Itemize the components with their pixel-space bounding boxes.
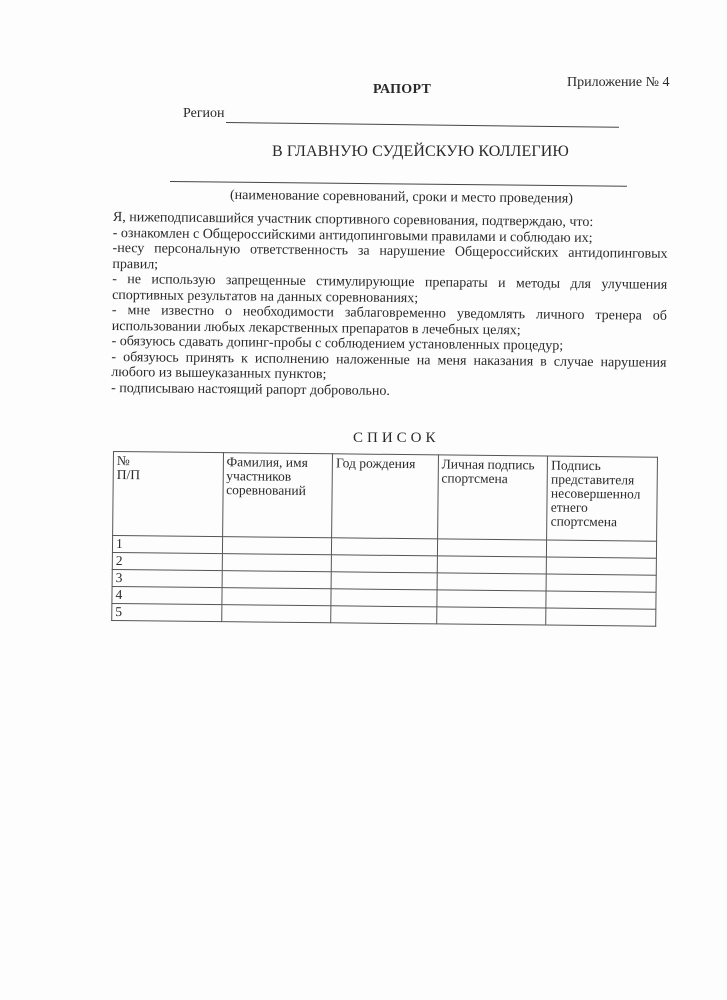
column-header-name: Фамилия, имя участников соревнований: [222, 453, 332, 538]
column-header-birth-year: Год рождения: [332, 454, 438, 539]
column-header-number: № П/П: [113, 452, 223, 537]
row-number: 4: [112, 586, 222, 604]
row-number: 2: [112, 552, 222, 570]
table-header-row: № П/П Фамилия, имя участников соревнован…: [113, 452, 658, 542]
birth-year-cell[interactable]: [332, 538, 438, 556]
birth-year-cell[interactable]: [331, 589, 437, 607]
column-header-signature: Личная подпись спортсмена: [437, 455, 547, 540]
header-text: Подпись представителя несовершеннол етне…: [551, 458, 641, 530]
name-cell[interactable]: [222, 554, 332, 572]
signature-cell[interactable]: [437, 556, 547, 574]
name-cell[interactable]: [222, 588, 332, 606]
document-page: Приложение № 4 РАПОРТ Регион В ГЛАВНУЮ С…: [0, 0, 727, 1000]
annex-number: Приложение № 4: [567, 75, 670, 91]
competition-blank-line: [170, 181, 627, 187]
declaration-line: - обязуюсь принять к исполнению наложенн…: [111, 349, 666, 386]
birth-year-cell[interactable]: [331, 606, 437, 624]
rep-signature-cell[interactable]: [547, 540, 657, 558]
document-title: РАПОРТ: [373, 82, 431, 98]
signature-cell[interactable]: [436, 607, 546, 625]
signature-cell[interactable]: [437, 590, 547, 608]
competition-caption: (наименование соревнований, сроки и мест…: [230, 188, 573, 208]
header-text: № П/П: [117, 453, 140, 482]
row-number: 1: [112, 536, 222, 554]
row-number: 5: [112, 603, 222, 621]
header-text: Фамилия, имя участников соревнований: [226, 454, 308, 498]
birth-year-cell[interactable]: [331, 555, 437, 573]
declaration-text: Я, нижеподписавшийся участник спортивног…: [111, 210, 668, 402]
rep-signature-cell[interactable]: [547, 557, 657, 575]
signature-cell[interactable]: [437, 573, 547, 591]
header-text: Год рождения: [336, 455, 415, 471]
region-blank-line: [226, 122, 619, 128]
row-number: 3: [112, 569, 222, 587]
name-cell[interactable]: [221, 605, 331, 623]
region-label: Регион: [183, 106, 225, 122]
addressee: В ГЛАВНУЮ СУДЕЙСКУЮ КОЛЛЕГИЮ: [272, 143, 569, 161]
name-cell[interactable]: [222, 537, 332, 555]
signature-cell[interactable]: [437, 539, 547, 557]
name-cell[interactable]: [222, 571, 332, 589]
birth-year-cell[interactable]: [331, 572, 437, 590]
list-title: СПИСОК: [353, 430, 440, 447]
rep-signature-cell[interactable]: [546, 574, 656, 592]
rep-signature-cell[interactable]: [546, 608, 656, 626]
participants-table: № П/П Фамилия, имя участников соревнован…: [111, 451, 658, 627]
column-header-rep-signature: Подпись представителя несовершеннол етне…: [547, 456, 658, 541]
rep-signature-cell[interactable]: [546, 591, 656, 609]
header-text: Личная подпись спортсмена: [441, 456, 534, 486]
